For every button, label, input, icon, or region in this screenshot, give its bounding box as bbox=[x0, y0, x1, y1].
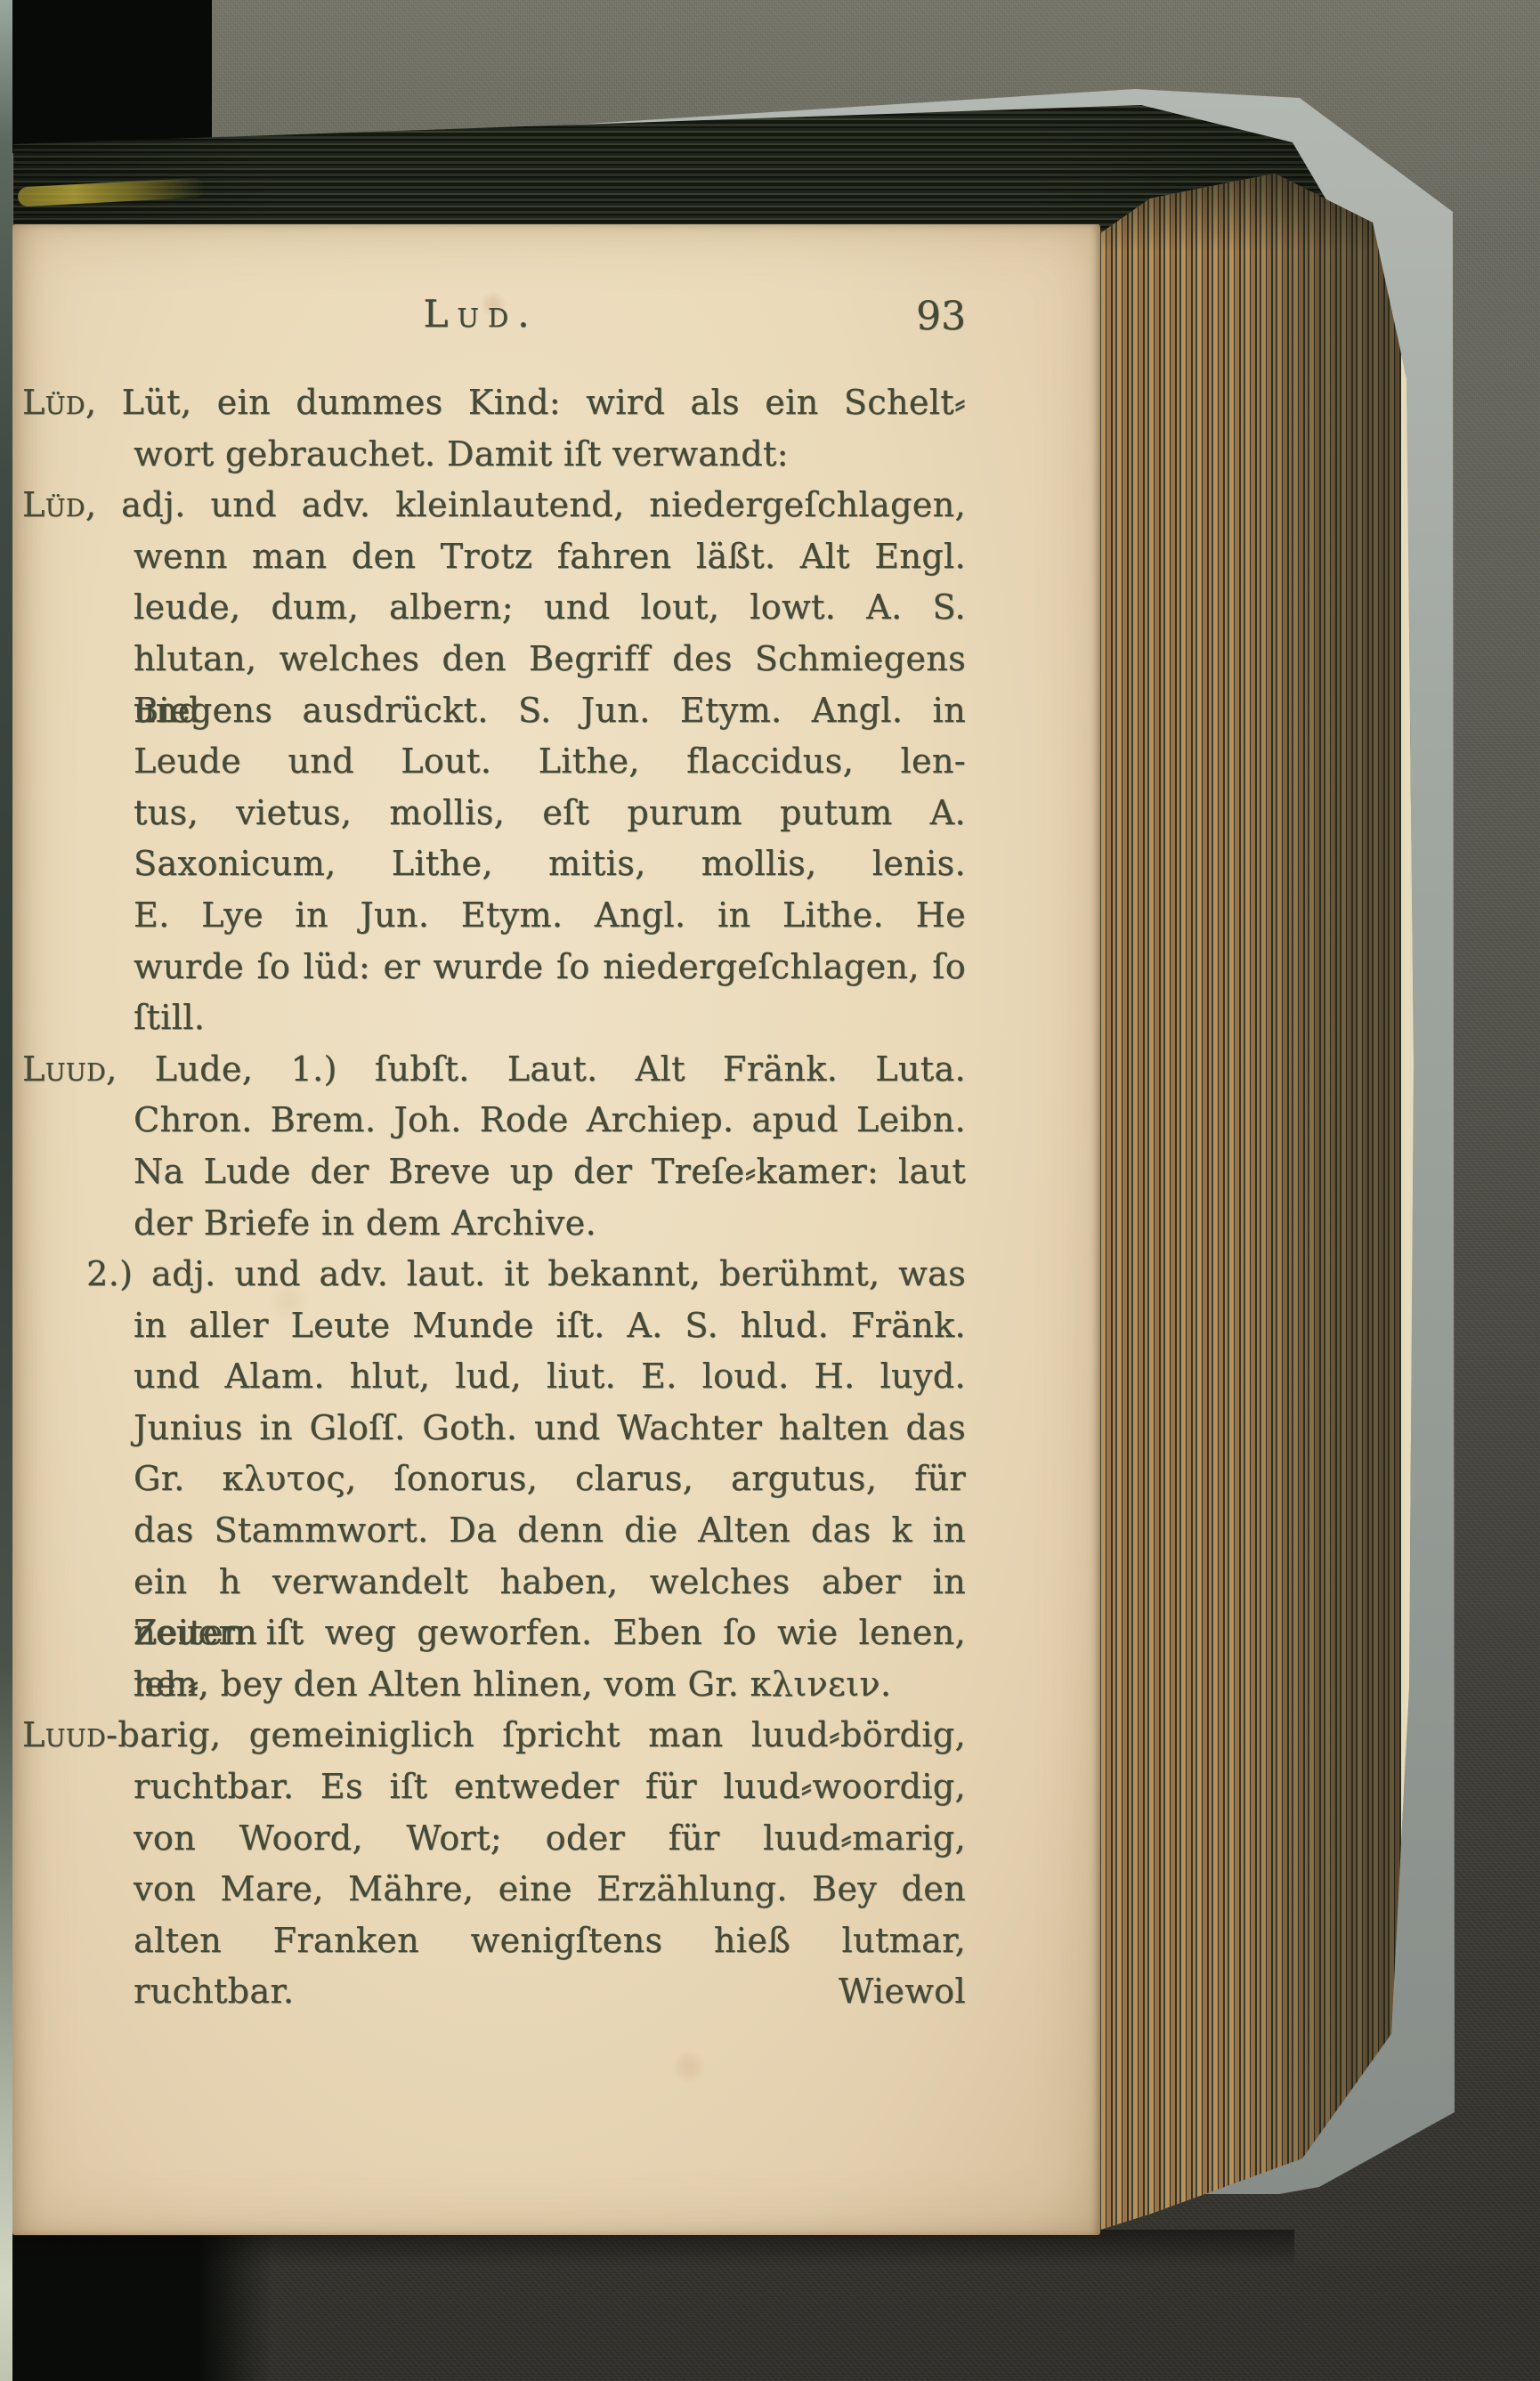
text-line: wort gebrauchet. Damit iſt verwandt: bbox=[22, 429, 966, 481]
text-line: leude, dum, albern; und lout, lowt. A. S… bbox=[22, 582, 966, 634]
text-line: das Stammwort. Da denn die Alten das k i… bbox=[22, 1505, 966, 1557]
text-line: ruchtbar. Es iſt entweder für luud⸗woord… bbox=[22, 1761, 966, 1813]
text-line: von Woord, Wort; oder für luud⸗marig, bbox=[22, 1813, 966, 1865]
text-line: tus, vietus, mollis, eſt purum putum A. bbox=[22, 788, 966, 839]
text-line: hlutan, welches den Begriff des Schmiege… bbox=[22, 634, 966, 685]
text-line: Luud-barig, gemeiniglich ſpricht man luu… bbox=[22, 1710, 966, 1761]
headword: Luud bbox=[22, 1715, 106, 1754]
text-line: Biegens ausdrückt. S. Jun. Etym. Angl. i… bbox=[22, 685, 966, 737]
text-line: Luud, Lude, 1.) ſubſt. Laut. Alt Fränk. … bbox=[22, 1044, 966, 1096]
text-line: E. Lye in Jun. Etym. Angl. in Lithe. He bbox=[22, 890, 966, 942]
text-line: Gr. κλυτος, ſonorus, clarus, argutus, fü… bbox=[22, 1454, 966, 1505]
headword: Luud, bbox=[22, 1049, 117, 1089]
dictionary-text: Lüd, Lüt, ein dummes Kind: wird als ein … bbox=[22, 377, 966, 2018]
text-line: Lüd, Lüt, ein dummes Kind: wird als ein … bbox=[22, 377, 966, 429]
text-line: Leude und Lout. Lithe, flaccidus, len- bbox=[22, 736, 966, 788]
book-scan: Lud. 93 Lüd, Lüt, ein dummes Kind: wird … bbox=[0, 0, 1540, 2381]
text-line: und Alam. hlut, lud, liut. E. loud. H. l… bbox=[22, 1351, 966, 1403]
headword: Lüd, bbox=[22, 485, 96, 524]
text-line: alten Franken wenigſtens hieß lutmar, ru… bbox=[22, 1915, 966, 1967]
text-line: 2.) adj. und adv. laut. it bekannt, berü… bbox=[22, 1249, 966, 1300]
text-line: Zeiten iſt weg geworfen. Eben ſo wie len… bbox=[22, 1608, 966, 1659]
running-header: Lud. bbox=[22, 292, 939, 336]
black-mask-top-left bbox=[11, 0, 212, 153]
text-line: von Mare, Mähre, eine Erzählung. Bey den bbox=[22, 1864, 966, 1915]
text-line: wurde ſo lüd: er wurde ſo niedergeſchlag… bbox=[22, 942, 966, 993]
text-line: wenn man den Trotz fahren läßt. Alt Engl… bbox=[22, 531, 966, 583]
text-line: Junius in Gloſſ. Goth. und Wachter halte… bbox=[22, 1403, 966, 1454]
text-line: Lüd, adj. und adv. kleinlautend, niederg… bbox=[22, 480, 966, 531]
headword: Lüd, bbox=[22, 383, 96, 422]
book-shadow bbox=[12, 2230, 1294, 2267]
text-line: in aller Leute Munde iſt. A. S. hlud. Fr… bbox=[22, 1300, 966, 1352]
text-line: nen, bey den Alten hlinen, vom Gr. κλινε… bbox=[22, 1659, 966, 1711]
book-fore-edge bbox=[1095, 172, 1417, 2232]
text-line: der Briefe in dem Archive. bbox=[22, 1198, 966, 1250]
text-line: Chron. Brem. Joh. Rode Archiep. apud Lei… bbox=[22, 1095, 966, 1146]
text-line: Na Lude der Breve up der Treſe⸗kamer: la… bbox=[22, 1146, 966, 1198]
page-number: 93 bbox=[886, 294, 966, 339]
scanner-edge-strip bbox=[0, 0, 12, 2381]
text-line: ein h verwandelt haben, welches aber in … bbox=[22, 1557, 966, 1608]
section-title: Lud. bbox=[424, 292, 539, 336]
text-line: ſtill. bbox=[22, 992, 966, 1044]
text-line: Saxonicum, Lithe, mitis, mollis, lenis. bbox=[22, 838, 966, 890]
